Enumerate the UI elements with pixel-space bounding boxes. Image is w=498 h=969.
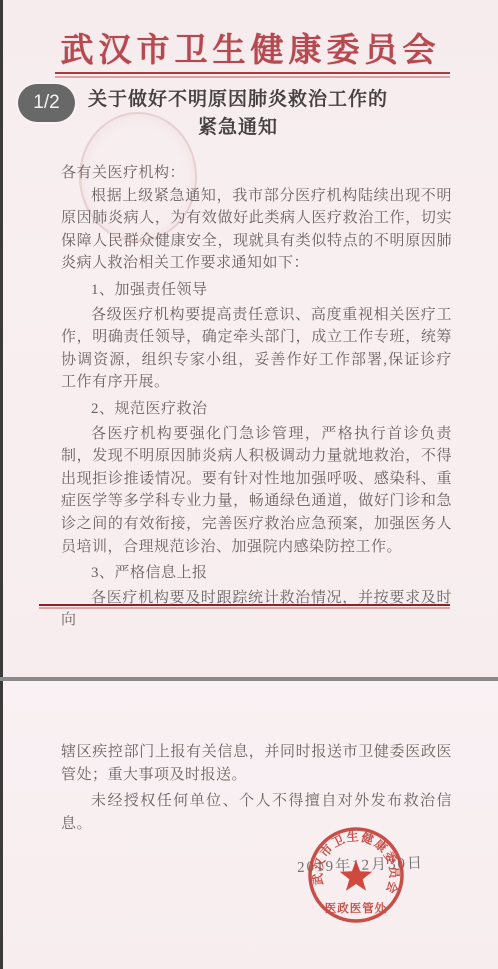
paragraph-intro: 根据上级紧急通知，我市部分医疗机构陆续出现不明原因肺炎病人，为有效做好此类病人医…: [61, 185, 452, 275]
notice-body: 各有关医疗机构： 根据上级紧急通知，我市部分医疗机构陆续出现不明原因肺炎病人，为…: [61, 162, 452, 632]
salutation: 各有关医疗机构：: [61, 162, 452, 185]
notice-page-1: 武汉市卫生健康委员会 1/2 关于做好不明原因肺炎救治工作的 紧急通知 各有关医…: [3, 0, 498, 677]
section-heading-2: 2、规范医疗救治: [61, 398, 452, 421]
paragraph-continuation: 辖区疾控部门上报有关信息，并同时报送市卫健委医政医管处；重大事项及时报送。: [61, 741, 452, 787]
document-photo-viewer: 武汉市卫生健康委员会 1/2 关于做好不明原因肺炎救治工作的 紧急通知 各有关医…: [0, 0, 498, 969]
section-heading-1: 1、加强责任领导: [61, 279, 452, 302]
notice-body-continued: 辖区疾控部门上报有关信息，并同时报送市卫健委医政医管处；重大事项及时报送。 未经…: [61, 741, 452, 836]
letterhead-rule: [55, 72, 450, 78]
paragraph-section-1: 各级医疗机构要提高责任意识、高度重视相关医疗工作，明确责任领导，确定牵头部门，成…: [61, 304, 452, 394]
section-heading-3: 3、严格信息上报: [61, 562, 452, 585]
notice-page-2: 辖区疾控部门上报有关信息，并同时报送市卫健委医政医管处；重大事项及时报送。 未经…: [3, 681, 498, 969]
page1-bottom-red-rule: [39, 604, 450, 609]
paragraph-section-2: 各医疗机构要强化门急诊管理，严格执行首诊负责制，发现不明原因肺炎病人积极调动力量…: [61, 423, 452, 559]
seal-department-text: 医政医管处: [325, 901, 388, 915]
paragraph-section-3-partial: 各医疗机构要及时跟踪统计救治情况，并按要求及时向: [61, 587, 452, 632]
notice-title-line1: 关于做好不明原因肺炎救治工作的: [83, 86, 393, 114]
seal-star-icon: [340, 860, 372, 891]
official-seal: 武汉市卫生健康委员会 医政医管处: [304, 823, 408, 927]
page-indicator-badge: 1/2: [18, 84, 75, 122]
org-letterhead: 武汉市卫生健康委员会: [3, 24, 498, 71]
